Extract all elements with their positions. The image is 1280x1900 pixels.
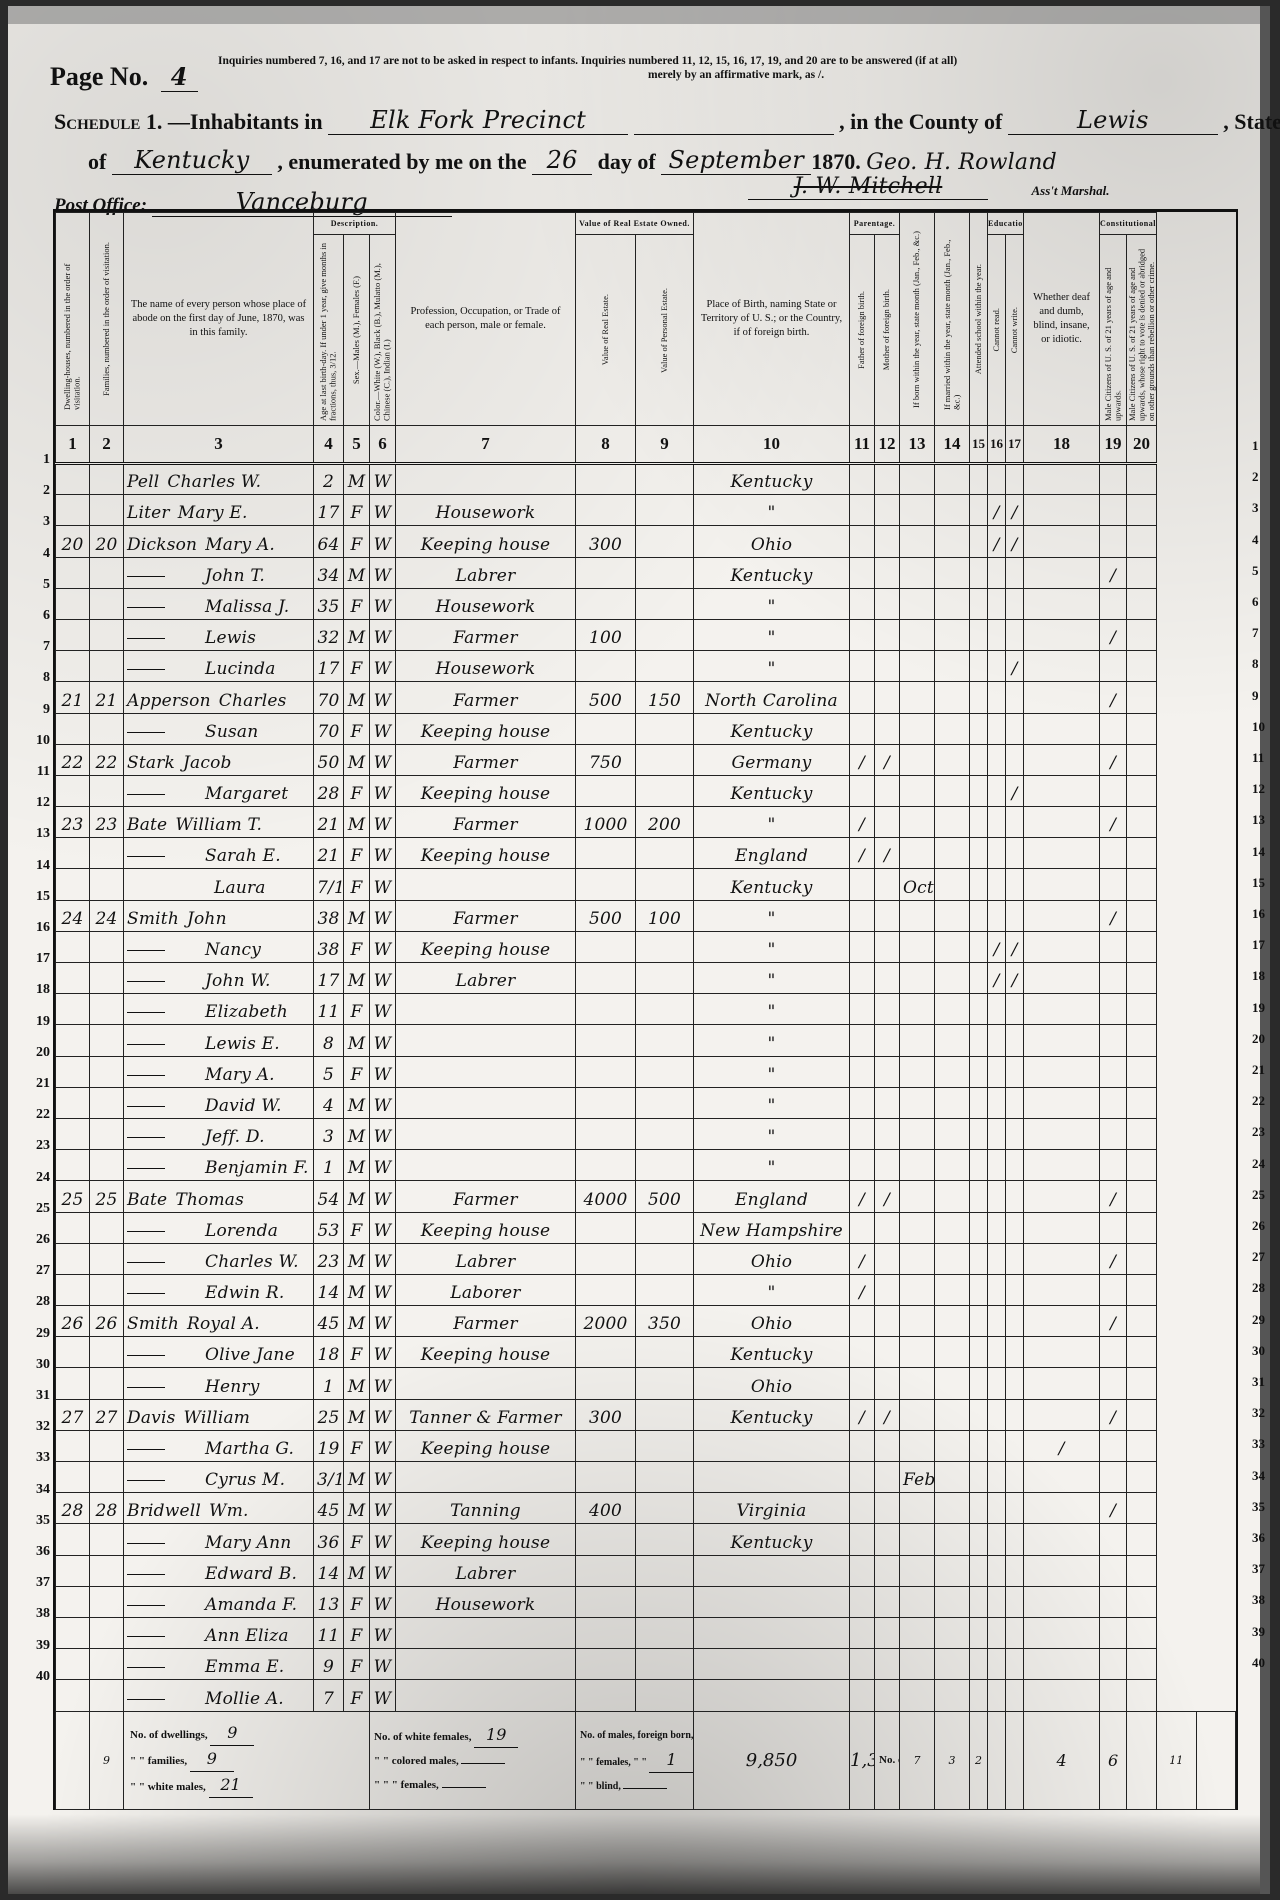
col-19-mark: / <box>1100 1181 1127 1212</box>
occupation <box>396 1056 576 1087</box>
col-12-mark: / <box>875 744 900 775</box>
col-17-mark <box>1006 682 1024 713</box>
table-row: 2828BridwellWm.45MWTanning400Virginia/ <box>56 1493 1236 1524</box>
col-14-mark <box>935 1181 970 1212</box>
real-estate-value <box>576 1118 636 1149</box>
col-19-mark <box>1100 994 1127 1025</box>
personal-estate-value <box>636 1586 694 1617</box>
col-16-mark <box>988 869 1006 900</box>
left-row-number: 25 <box>22 1201 50 1217</box>
ditto-dash <box>127 1636 165 1637</box>
col-19-mark: / <box>1100 1399 1127 1430</box>
occupation <box>396 1087 576 1118</box>
left-row-number: 39 <box>22 1638 50 1654</box>
col-18-mark <box>1024 1150 1100 1181</box>
given-name: Mary Ann <box>205 1533 291 1553</box>
dwelling-number <box>56 1337 90 1368</box>
col-11-mark <box>850 1118 875 1149</box>
col-14-mark <box>935 1150 970 1181</box>
col-14-mark <box>935 994 970 1025</box>
age: 45 <box>314 1306 344 1337</box>
col-16-mark <box>988 1493 1006 1524</box>
col-18-mark <box>1024 807 1100 838</box>
real-estate-value <box>576 838 636 869</box>
sex: M <box>344 464 370 495</box>
given-name: John T. <box>205 566 265 586</box>
color: W <box>370 869 396 900</box>
person-name: StarkJacob <box>124 744 314 775</box>
person-name: LiterMary E. <box>124 495 314 526</box>
personal-estate-value <box>636 1680 694 1711</box>
family-number <box>90 588 124 619</box>
col-16-mark <box>988 1555 1006 1586</box>
col-12-mark <box>875 1586 900 1617</box>
dwelling-number <box>56 1586 90 1617</box>
person-name: Martha G. <box>124 1430 314 1461</box>
day-of-label: day of <box>598 149 656 174</box>
col-19-mark <box>1100 713 1127 744</box>
age: 28 <box>314 775 344 806</box>
col-11-mark <box>850 1212 875 1243</box>
col-20-mark <box>1127 963 1157 994</box>
left-row-number: 21 <box>22 1076 50 1092</box>
left-row-number: 2 <box>22 483 50 499</box>
personal-estate-value <box>636 619 694 650</box>
col-14-mark <box>935 931 970 962</box>
age: 11 <box>314 994 344 1025</box>
col-11-mark <box>850 1306 875 1337</box>
col-header-birthplace: Place of Birth, naming State or Territor… <box>694 213 850 426</box>
col-19-mark <box>1100 495 1127 526</box>
color: W <box>370 1274 396 1305</box>
color: W <box>370 744 396 775</box>
table-row: 2727DavisWilliam25MWTanner & Farmer300Ke… <box>56 1399 1236 1430</box>
right-row-number: 23 <box>1252 1124 1274 1140</box>
left-row-number: 22 <box>22 1107 50 1123</box>
col-20-mark <box>1127 1586 1157 1617</box>
occupation: Housework <box>396 651 576 682</box>
right-row-number: 15 <box>1252 875 1274 891</box>
enumerated-label: , enumerated by me on the <box>277 149 526 174</box>
dwelling-number <box>56 775 90 806</box>
real-estate-value <box>576 1680 636 1711</box>
table-row: Margaret28FWKeeping houseKentucky/ <box>56 775 1236 806</box>
birthplace <box>694 1586 850 1617</box>
col-13-mark <box>900 619 935 650</box>
col-12-mark <box>875 588 900 619</box>
col-18-mark <box>1024 1524 1100 1555</box>
col-17-mark <box>1006 1025 1024 1056</box>
right-row-number: 25 <box>1252 1187 1274 1203</box>
sex: M <box>344 1181 370 1212</box>
personal-estate-value <box>636 1493 694 1524</box>
col-19-mark: / <box>1100 557 1127 588</box>
person-name: DavisWilliam <box>124 1399 314 1430</box>
col-12-mark <box>875 1025 900 1056</box>
dwelling-number <box>56 1118 90 1149</box>
precinct-field: Elk Fork Precinct <box>328 106 628 135</box>
occupation <box>396 464 576 495</box>
occupation: Labrer <box>396 1243 576 1274</box>
real-estate-value <box>576 464 636 495</box>
color: W <box>370 713 396 744</box>
col-15-mark <box>970 838 988 869</box>
table-row: Benjamin F.1MW" <box>56 1150 1236 1181</box>
right-row-number: 27 <box>1252 1249 1274 1265</box>
census-table: Dwelling-houses, numbered in the order o… <box>53 209 1238 1810</box>
right-row-number: 38 <box>1252 1592 1274 1608</box>
dwelling-number <box>56 1212 90 1243</box>
sex: F <box>344 1680 370 1711</box>
col-14-mark <box>935 1243 970 1274</box>
occupation <box>396 1118 576 1149</box>
col-17-mark <box>1006 464 1024 495</box>
col-17-mark <box>1006 1649 1024 1680</box>
person-name: John W. <box>124 963 314 994</box>
ditto-dash <box>127 794 165 795</box>
right-row-number: 12 <box>1252 781 1274 797</box>
age: 53 <box>314 1212 344 1243</box>
occupation: Tanning <box>396 1493 576 1524</box>
ditto-dash <box>127 1543 165 1544</box>
right-row-number: 26 <box>1252 1218 1274 1234</box>
age: 11 <box>314 1617 344 1648</box>
table-row: Elizabeth11FW" <box>56 994 1236 1025</box>
col-12-mark <box>875 682 900 713</box>
table-row: Edward B.14MWLabrer <box>56 1555 1236 1586</box>
col-15-mark <box>970 1118 988 1149</box>
col-15-mark <box>970 1399 988 1430</box>
col-16-mark <box>988 1306 1006 1337</box>
col-14-mark <box>935 1524 970 1555</box>
sex: F <box>344 1524 370 1555</box>
given-name: Charles <box>219 691 287 711</box>
col-header-color: Color.—White (W.), Black (B.), Mulatto (… <box>370 235 396 426</box>
personal-estate-value <box>636 1368 694 1399</box>
dwelling-number <box>56 588 90 619</box>
occupation: Farmer <box>396 619 576 650</box>
col-13-mark <box>900 1617 935 1648</box>
right-row-number: 34 <box>1252 1468 1274 1484</box>
table-row: Jeff. D.3MW" <box>56 1118 1236 1149</box>
occupation: Keeping house <box>396 1212 576 1243</box>
real-estate-value <box>576 994 636 1025</box>
col-19-mark <box>1100 1337 1127 1368</box>
col-18-mark <box>1024 1649 1100 1680</box>
col-19-mark <box>1100 869 1127 900</box>
col-19-mark <box>1100 931 1127 962</box>
color: W <box>370 495 396 526</box>
col-19-mark <box>1100 1555 1127 1586</box>
col-19-mark <box>1100 1368 1127 1399</box>
col-17-mark <box>1006 1524 1024 1555</box>
col-12-mark <box>875 1493 900 1524</box>
col-group-parentage: Parentage. <box>850 213 900 235</box>
schedule-line: Schedule 1. —Inhabitants in Elk Fork Pre… <box>54 106 1280 135</box>
table-row: Lorenda53FWKeeping houseNew Hampshire <box>56 1212 1236 1243</box>
col-11-mark <box>850 557 875 588</box>
col-13-mark <box>900 744 935 775</box>
real-estate-value: 100 <box>576 619 636 650</box>
col-16-mark <box>988 1524 1006 1555</box>
col-14-mark <box>935 1118 970 1149</box>
col-13-mark <box>900 838 935 869</box>
birthplace: " <box>694 963 850 994</box>
col-16-mark: / <box>988 526 1006 557</box>
birthplace: " <box>694 900 850 931</box>
col-20-mark <box>1127 994 1157 1025</box>
age: 21 <box>314 838 344 869</box>
col-11-mark <box>850 588 875 619</box>
family-number <box>90 869 124 900</box>
col-header-personal-estate: Value of Personal Estate. <box>636 235 694 426</box>
age: 13 <box>314 1586 344 1617</box>
dwelling-number: 25 <box>56 1181 90 1212</box>
col-12-mark <box>875 1274 900 1305</box>
right-row-number: 3 <box>1252 500 1274 516</box>
sex: F <box>344 838 370 869</box>
real-estate-value <box>576 1649 636 1680</box>
real-estate-value: 1000 <box>576 807 636 838</box>
dwelling-number: 20 <box>56 526 90 557</box>
age: 17 <box>314 963 344 994</box>
birthplace <box>694 1649 850 1680</box>
col-13-mark <box>900 588 935 619</box>
col-header-name: The name of every person whose place of … <box>124 213 314 426</box>
ditto-dash <box>127 1605 165 1606</box>
birthplace: " <box>694 1025 850 1056</box>
color: W <box>370 1025 396 1056</box>
occupation <box>396 1649 576 1680</box>
birthplace <box>694 1617 850 1648</box>
col-19-mark <box>1100 1680 1127 1711</box>
col-13-mark <box>900 464 935 495</box>
col-11-mark <box>850 1056 875 1087</box>
birthplace: " <box>694 651 850 682</box>
age: 18 <box>314 1337 344 1368</box>
color: W <box>370 464 396 495</box>
personal-estate-value <box>636 869 694 900</box>
dwelling-number <box>56 1617 90 1648</box>
col-19-mark <box>1100 1430 1127 1461</box>
col-header-sex: Sex.—Males (M.), Females (F.) <box>344 235 370 426</box>
col-11-mark <box>850 1617 875 1648</box>
col-18-mark <box>1024 963 1100 994</box>
col-18-mark <box>1024 651 1100 682</box>
color: W <box>370 963 396 994</box>
col-19-mark <box>1100 464 1127 495</box>
instructions-notice: Inquiries numbered 7, 16, and 17 are not… <box>218 54 1238 82</box>
col-13-mark <box>900 557 935 588</box>
col-18-mark <box>1024 1306 1100 1337</box>
table-row: Sarah E.21FWKeeping houseEngland// <box>56 838 1236 869</box>
col-20-mark <box>1127 1493 1157 1524</box>
col-15-mark <box>970 651 988 682</box>
personal-estate-value: 200 <box>636 807 694 838</box>
col-15-mark <box>970 588 988 619</box>
col-15-mark <box>970 526 988 557</box>
col-17-mark: / <box>1006 963 1024 994</box>
col-16-mark <box>988 1274 1006 1305</box>
col-13-mark <box>900 807 935 838</box>
occupation: Keeping house <box>396 1337 576 1368</box>
sex: M <box>344 1399 370 1430</box>
summary-insane: No. of insane, <box>875 1711 900 1809</box>
col-18-mark: / <box>1024 1430 1100 1461</box>
sex: F <box>344 1586 370 1617</box>
col-19-mark: / <box>1100 1243 1127 1274</box>
col-16-mark <box>988 713 1006 744</box>
ditto-dash <box>127 981 165 982</box>
notice-line-1: Inquiries numbered 7, 16, and 17 are not… <box>218 55 957 67</box>
sex: M <box>344 1555 370 1586</box>
sex: M <box>344 1118 370 1149</box>
left-row-number: 34 <box>22 1482 50 1498</box>
birthplace: England <box>694 838 850 869</box>
left-row-number: 30 <box>22 1357 50 1373</box>
col-12-mark <box>875 557 900 588</box>
person-name: SmithJohn <box>124 900 314 931</box>
col-12-mark <box>875 1243 900 1274</box>
col-18-mark <box>1024 526 1100 557</box>
col-20-mark <box>1127 1306 1157 1337</box>
given-name: Jacob <box>183 753 232 773</box>
col-18-mark <box>1024 869 1100 900</box>
personal-estate-value <box>636 775 694 806</box>
given-name: Olive Jane <box>205 1345 295 1365</box>
column-number-row: 1 2 3 4 5 6 7 8 9 10 11 12 13 14 15 16 1 <box>56 426 1236 464</box>
given-name: Lewis E. <box>205 1034 280 1054</box>
col-header-disability: Whether deaf and dumb, blind, insane, or… <box>1024 213 1100 426</box>
col-18-mark <box>1024 1680 1100 1711</box>
col-18-mark <box>1024 1555 1100 1586</box>
color: W <box>370 1462 396 1493</box>
col-17-mark <box>1006 557 1024 588</box>
ditto-dash <box>127 1231 165 1232</box>
dwelling-number: 21 <box>56 682 90 713</box>
col-12-mark <box>875 651 900 682</box>
col-11-mark: / <box>850 1243 875 1274</box>
col-header-born-within-year: If born within the year, state month (Ja… <box>900 213 935 426</box>
age: 21 <box>314 807 344 838</box>
col-14-mark <box>935 1649 970 1680</box>
col-19-mark <box>1100 651 1127 682</box>
col-18-mark <box>1024 1586 1100 1617</box>
col-11-mark <box>850 1025 875 1056</box>
col-16-mark <box>988 838 1006 869</box>
col-15-mark <box>970 931 988 962</box>
family-number <box>90 1212 124 1243</box>
real-estate-value <box>576 1430 636 1461</box>
col-17-mark <box>1006 1617 1024 1648</box>
col-12-mark: / <box>875 1181 900 1212</box>
color: W <box>370 807 396 838</box>
birthplace: Kentucky <box>694 869 850 900</box>
col-15-mark <box>970 1524 988 1555</box>
col-20-mark <box>1127 1087 1157 1118</box>
table-row: Mary Ann36FWKeeping houseKentucky <box>56 1524 1236 1555</box>
col-14-mark <box>935 1586 970 1617</box>
occupation: Housework <box>396 1586 576 1617</box>
col-11-mark <box>850 713 875 744</box>
summary-families: 9 <box>190 1747 234 1772</box>
right-row-number: 11 <box>1252 750 1274 766</box>
table-row: Edwin R.14MWLaborer"/ <box>56 1274 1236 1305</box>
color: W <box>370 1649 396 1680</box>
assistant-marshal: J. W. Mitchell Ass't Marshal. <box>748 174 1110 200</box>
col-12-mark <box>875 526 900 557</box>
col-20-mark <box>1127 651 1157 682</box>
col-14-mark <box>935 1306 970 1337</box>
given-name: Mollie A. <box>205 1689 284 1709</box>
col-14-mark <box>935 900 970 931</box>
personal-estate-value <box>636 1274 694 1305</box>
col-15-mark <box>970 1087 988 1118</box>
surname: Liter <box>127 503 170 523</box>
real-estate-value <box>576 1243 636 1274</box>
sex: M <box>344 1150 370 1181</box>
family-number: 26 <box>90 1306 124 1337</box>
col-13-mark <box>900 1399 935 1430</box>
col-16-mark <box>988 1087 1006 1118</box>
col-20-mark <box>1127 1337 1157 1368</box>
col-17-mark <box>1006 1337 1024 1368</box>
col-20-mark <box>1127 588 1157 619</box>
left-row-number: 23 <box>22 1138 50 1154</box>
ditto-dash <box>127 1106 165 1107</box>
sex: M <box>344 1493 370 1524</box>
marshal-signature: Geo. H. Rowland <box>866 150 1057 175</box>
col-12-mark <box>875 994 900 1025</box>
col-11-mark: / <box>850 807 875 838</box>
right-row-number: 24 <box>1252 1156 1274 1172</box>
birthplace: " <box>694 495 850 526</box>
surname: Bate <box>127 1190 167 1210</box>
summary-col19-total: 11 <box>1157 1711 1196 1809</box>
ditto-dash <box>127 1262 165 1263</box>
col-19-mark: / <box>1100 1306 1127 1337</box>
col-20-mark <box>1127 619 1157 650</box>
right-row-number: 29 <box>1252 1312 1274 1328</box>
county-field: Lewis <box>1008 106 1218 135</box>
col-12-mark <box>875 1524 900 1555</box>
birthplace <box>694 1462 850 1493</box>
ditto-dash <box>127 1075 165 1076</box>
personal-estate-value <box>636 1399 694 1430</box>
personal-estate-value <box>636 1212 694 1243</box>
dwelling-number: 22 <box>56 744 90 775</box>
real-estate-value <box>576 1150 636 1181</box>
family-number: 25 <box>90 1181 124 1212</box>
person-name: Mary A. <box>124 1056 314 1087</box>
person-name: BateWilliam T. <box>124 807 314 838</box>
right-row-number: 19 <box>1252 1000 1274 1016</box>
col-12-mark <box>875 900 900 931</box>
summary-foreign-females: 1 <box>649 1748 693 1773</box>
col-header-age: Age at last birth-day. If under 1 year, … <box>314 235 344 426</box>
col-12-mark <box>875 963 900 994</box>
col-12-mark <box>875 1680 900 1711</box>
col-14-mark <box>935 682 970 713</box>
family-number <box>90 557 124 588</box>
left-row-number: 36 <box>22 1544 50 1560</box>
col-13-mark <box>900 1306 935 1337</box>
left-row-number: 20 <box>22 1045 50 1061</box>
col-14-mark <box>935 869 970 900</box>
given-name: Cyrus M. <box>205 1470 285 1490</box>
col-13-mark: Feb. <box>900 1462 935 1493</box>
dwelling-number <box>56 1087 90 1118</box>
